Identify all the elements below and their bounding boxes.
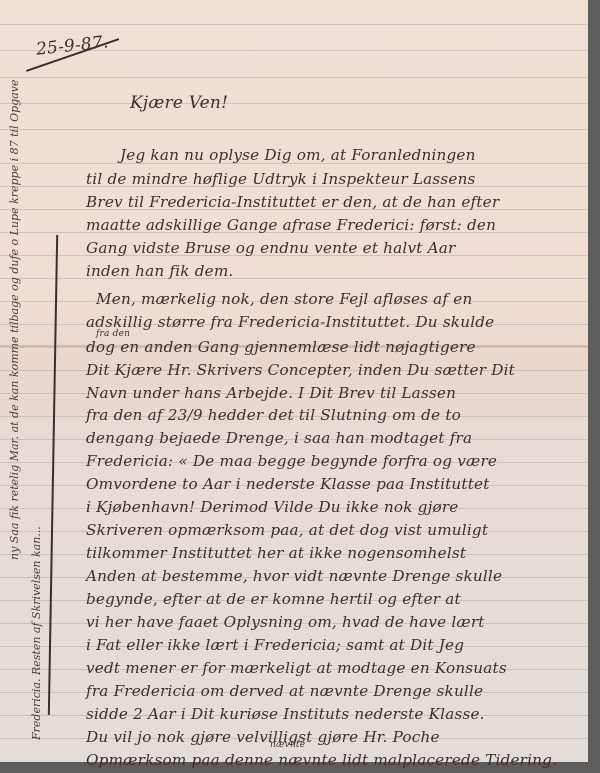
- letter-line: i Fat eller ikke lært i Fredericia; samt…: [86, 636, 464, 654]
- letter-line: Opmærksom paa denne nævnte lidt malplace…: [86, 751, 557, 769]
- letter-line: maatte adskillige Gange afrase Frederici…: [86, 216, 496, 234]
- ruled-line: [0, 129, 588, 130]
- letter-line: Anden at bestemme, hvor vidt nævnte Dren…: [86, 567, 502, 585]
- letter-line: adskillig større fra Fredericia-Institut…: [86, 313, 494, 331]
- margin-note: Fredericia. Resten af Skrivelsen kan...: [30, 526, 43, 740]
- letter-line: til de mindre høflige Udtryk i Inspekteu…: [86, 170, 476, 188]
- letter-line: Brev til Fredericia-Instituttet er den, …: [86, 193, 499, 211]
- letter-line: Skriveren opmærksom paa, at det dog vist…: [86, 521, 488, 539]
- letter-line: fra Fredericia om derved at nævnte Dreng…: [86, 682, 483, 700]
- letter-line: inden han fik dem.: [86, 262, 233, 280]
- margin-bracket-line: [48, 235, 58, 715]
- ruled-line: [0, 103, 588, 104]
- margin-note: ny Saa fik retelig Mar. at de kan komme …: [8, 80, 21, 560]
- letter-line: i Kjøbenhavn! Derimod Vilde Du ikke nok …: [86, 498, 458, 516]
- letter-line: tilkommer Instituttet her at ikke nogens…: [86, 544, 466, 562]
- letter-line: Du vil jo nok gjøre velvilligst gjøre Hr…: [86, 728, 440, 746]
- letter-line: Jeg kan nu oplyse Dig om, at Foranlednin…: [120, 146, 476, 164]
- letter-line: dog en anden Gang gjennemlæse lidt nøjag…: [86, 338, 476, 356]
- letter-line: Fredericia: « De maa begge begynde forfr…: [86, 452, 497, 470]
- interlinear-insertion: nævnte: [270, 740, 305, 750]
- ruled-line: [0, 24, 588, 25]
- letter-line: Gang vidste Bruse og endnu vente et halv…: [86, 239, 455, 257]
- letter-line: sidde 2 Aar i Dit kuriøse Instituts nede…: [86, 705, 485, 723]
- ruled-line: [0, 77, 588, 78]
- letter-line: dengang bejaede Drenge, i saa han modtag…: [86, 429, 472, 447]
- letter-line: Men, mærkelig nok, den store Fejl afløse…: [96, 290, 472, 308]
- letter-page: 25-9-87. Kjære Ven! Jeg kan nu oplyse Di…: [0, 0, 588, 762]
- letter-line: Dit Kjære Hr. Skrivers Concepter, inden …: [86, 361, 515, 379]
- letter-line: Omvordene to Aar i nederste Klasse paa I…: [86, 475, 490, 493]
- letter-line: vedt mener er for mærkeligt at modtage e…: [86, 659, 507, 677]
- letter-line: begynde, efter at de er komne hertil og …: [86, 590, 461, 608]
- letter-line: vi her have faaet Oplysning om, hvad de …: [86, 613, 485, 631]
- salutation: Kjære Ven!: [130, 93, 228, 113]
- letter-line: fra den af 23/9 hedder det til Slutning …: [86, 406, 461, 424]
- letter-line: Navn under hans Arbejde. I Dit Brev til …: [86, 384, 456, 402]
